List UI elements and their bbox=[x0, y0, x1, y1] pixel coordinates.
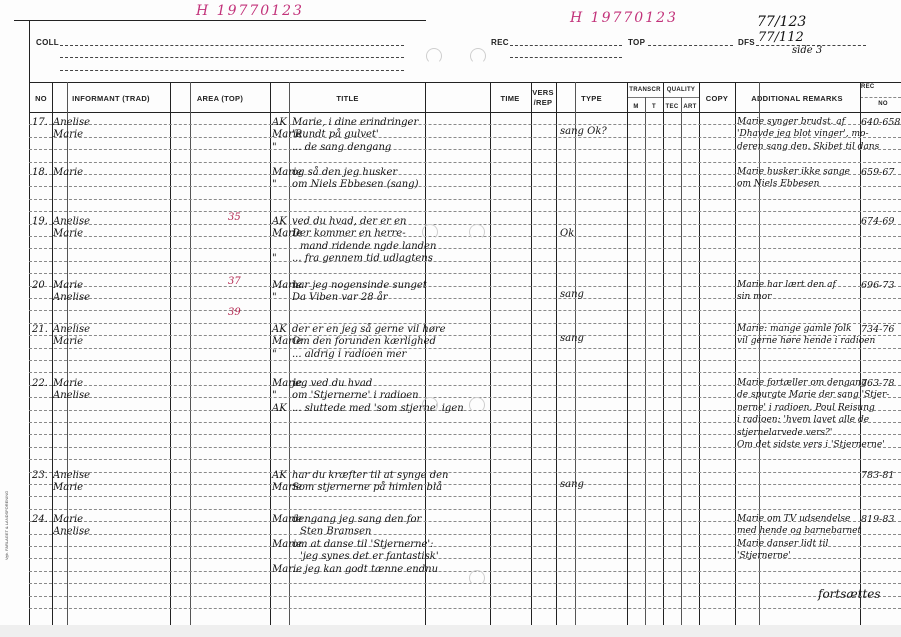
title-speaker: " bbox=[272, 179, 277, 190]
punch-hole-icon bbox=[470, 48, 486, 64]
coll-field-line-1[interactable] bbox=[60, 45, 404, 46]
col-header-rec: REC bbox=[861, 84, 881, 90]
column-ruling bbox=[556, 82, 557, 625]
column-ruling bbox=[860, 82, 861, 625]
title-text: Da Viben var 28 år bbox=[292, 292, 388, 303]
coll-field-line-3[interactable] bbox=[60, 70, 404, 71]
remark-line: i radioen: 'hvem lavet alle de bbox=[737, 415, 869, 426]
row-ruling bbox=[29, 261, 901, 262]
remark-line: Marie om TV udsendelse bbox=[737, 514, 850, 525]
title-text: ... fra gennem tid udlagtens bbox=[292, 253, 433, 264]
type-value: sang Ok? bbox=[560, 126, 607, 137]
entry-number: 24. bbox=[32, 514, 48, 525]
remark-line: nerne' i radioen. Poul Reisung bbox=[737, 403, 875, 414]
rec-field-line-2[interactable] bbox=[510, 57, 622, 58]
row-ruling bbox=[29, 199, 901, 200]
archive-stamp-left: H 19770123 bbox=[196, 3, 304, 19]
title-text: ved du hvad, der er en bbox=[292, 216, 407, 227]
remark-line: vil gerne høre hende i radioen bbox=[737, 336, 875, 347]
row-ruling bbox=[29, 583, 901, 584]
informant-name: Anelise bbox=[53, 117, 90, 128]
row-ruling bbox=[29, 459, 901, 460]
row-ruling bbox=[29, 608, 901, 609]
title-text: Der kommer en herre- bbox=[292, 228, 406, 239]
dfs-value: 77/112 bbox=[758, 30, 804, 45]
coll-field-line-2[interactable] bbox=[60, 57, 404, 58]
remark-line: Marie fortæller om dengang bbox=[737, 378, 867, 389]
title-speaker: AK bbox=[272, 403, 287, 414]
punch-hole-icon bbox=[469, 570, 485, 586]
col-header-informant: INFORMANT (TRAD) bbox=[52, 94, 170, 103]
type-value: Ok bbox=[560, 228, 574, 239]
row-ruling bbox=[29, 596, 901, 597]
rec-number: 763-78 bbox=[861, 378, 894, 389]
informant-name: Anelise bbox=[53, 470, 90, 481]
entry-number: 18. bbox=[32, 167, 48, 178]
reference-number: 77/123 bbox=[757, 14, 806, 30]
column-ruling bbox=[627, 82, 628, 625]
title-speaker: AK bbox=[272, 324, 287, 335]
column-ruling bbox=[67, 82, 68, 625]
title-text: har du kræfter til at synge den bbox=[292, 470, 448, 481]
entry-number: 23. bbox=[32, 470, 48, 481]
title-text: der er en jeg så gerne vil høre bbox=[292, 324, 446, 335]
title-text: om at danse til 'Stjernerne': bbox=[292, 539, 434, 550]
rec-number: 659-67 bbox=[861, 167, 894, 178]
informant-name: Marie bbox=[53, 228, 83, 239]
rec-label: REC bbox=[491, 38, 509, 47]
rec-number: 674-69 bbox=[861, 216, 894, 227]
title-text: Som stjernerne på himlen blå bbox=[292, 482, 442, 493]
coll-label: COLL bbox=[36, 38, 59, 47]
remark-line: Om det sidste vers i 'Stjernerne' bbox=[737, 440, 885, 451]
remark-line: 'Stjernerne' bbox=[737, 551, 791, 562]
title-text: har jeg nogensinde sunget bbox=[292, 280, 427, 291]
column-ruling bbox=[170, 82, 171, 625]
informant-name: Anelise bbox=[53, 526, 90, 537]
col-header-transcr: TRANSCR bbox=[627, 87, 663, 93]
title-text: dengang jeg sang den for bbox=[292, 514, 421, 525]
row-ruling bbox=[29, 248, 901, 249]
col-header-transcr-t: T bbox=[645, 104, 663, 110]
punch-hole-icon bbox=[426, 48, 442, 64]
top-border bbox=[14, 20, 426, 21]
col-header-area: AREA (TOP) bbox=[170, 94, 270, 103]
title-speaker: " bbox=[272, 292, 277, 303]
column-ruling bbox=[575, 82, 576, 625]
col-header-type: TYPE bbox=[556, 94, 627, 103]
title-text: Om den forunden kærlighed bbox=[292, 336, 436, 347]
col-header-quality: QUALITY bbox=[663, 87, 699, 93]
col-header-quality-tec: TEC bbox=[663, 104, 681, 110]
informant-name: Marie bbox=[53, 482, 83, 493]
title-text: 'jeg synes det er fantastisk' bbox=[300, 551, 439, 562]
column-ruling bbox=[531, 82, 532, 625]
col-header-no: NO bbox=[30, 94, 52, 103]
remark-line: sin mor bbox=[737, 292, 771, 303]
punch-hole-icon bbox=[422, 397, 438, 413]
remark-line: Marie: mange gamle folk bbox=[737, 324, 851, 335]
col-header-time: TIME bbox=[490, 94, 530, 103]
row-ruling bbox=[29, 472, 901, 473]
title-text: ... de sang dengang bbox=[292, 142, 391, 153]
title-text: om 'Stjernerne' i radioen bbox=[292, 390, 419, 401]
column-ruling bbox=[270, 82, 271, 625]
col-header-rec-no: NO bbox=[870, 101, 896, 107]
column-ruling bbox=[190, 82, 191, 625]
col-header-quality-art: ART bbox=[681, 104, 699, 110]
row-ruling bbox=[29, 484, 901, 485]
rec-field-line-1[interactable] bbox=[510, 45, 622, 46]
title-text: og så den jeg husker bbox=[292, 167, 397, 178]
top-label: TOP bbox=[628, 38, 645, 47]
title-speaker: AK bbox=[272, 216, 287, 227]
row-ruling bbox=[29, 372, 901, 373]
remark-line: Marie husker ikke sange bbox=[737, 167, 850, 178]
column-ruling bbox=[52, 82, 53, 625]
punch-hole-icon bbox=[469, 397, 485, 413]
area-counter: 37 bbox=[228, 276, 241, 287]
remark-line: om Niels Ebbesen bbox=[737, 179, 819, 190]
title-speaker: AK bbox=[272, 470, 287, 481]
rec-number: 734-76 bbox=[861, 324, 894, 335]
rec-number: 696-73 bbox=[861, 280, 894, 291]
remark-line: Marie danser lidt til bbox=[737, 539, 828, 550]
col-header-copy: COPY bbox=[699, 94, 735, 103]
rec-divider bbox=[860, 97, 901, 98]
printer-imprint: Ve̲b. FARLAGET & LANDSFORENING bbox=[4, 491, 9, 560]
punch-hole-icon bbox=[469, 224, 485, 240]
remark-line: stjernelarvede vers?' bbox=[737, 428, 832, 439]
dfs-label: DFS bbox=[738, 38, 755, 47]
remark-line: deren sang den. Skibet til dans bbox=[737, 142, 879, 153]
title-text: 'Rundt på gulvet' bbox=[292, 129, 379, 140]
informant-name: Anelise bbox=[53, 216, 90, 227]
remark-line: de spurgte Marie der sang 'Stjer- bbox=[737, 390, 889, 401]
title-speaker: " bbox=[272, 142, 277, 153]
column-ruling bbox=[735, 82, 736, 625]
signature-continued: fortsættes bbox=[818, 587, 881, 601]
row-ruling bbox=[29, 273, 901, 274]
remark-line: 'Dhavde jeg blot vinger', mo- bbox=[737, 129, 869, 140]
informant-name: Marie bbox=[53, 167, 83, 178]
informant-name: Marie bbox=[53, 129, 83, 140]
row-ruling bbox=[29, 310, 901, 311]
col-header-vers-rep: VERS /REP bbox=[531, 88, 555, 108]
row-ruling bbox=[29, 509, 901, 510]
side-note: side 3 bbox=[792, 45, 822, 56]
rec-number: 640-658 bbox=[861, 117, 900, 128]
header-top-border bbox=[29, 82, 901, 83]
remark-line: med hende og barnebarnet bbox=[737, 526, 861, 537]
archive-form-page: H 19770123 H 19770123 77/123 COLL REC TO… bbox=[0, 0, 901, 625]
remark-line: Marie har lært den af bbox=[737, 280, 836, 291]
entry-number: 19. bbox=[32, 216, 48, 227]
type-value: sang bbox=[560, 289, 584, 300]
area-counter: 35 bbox=[228, 212, 241, 223]
title-speaker: AK bbox=[272, 117, 287, 128]
entry-number: 17. bbox=[32, 117, 48, 128]
row-ruling bbox=[29, 236, 901, 237]
title-text: ... jeg kan godt tænne endnu bbox=[292, 564, 438, 575]
informant-name: Marie bbox=[53, 280, 83, 291]
entry-number: 21. bbox=[32, 324, 48, 335]
row-ruling bbox=[29, 571, 901, 572]
title-text: mand ridende ngde landen bbox=[300, 241, 436, 252]
top-field-line[interactable] bbox=[648, 45, 733, 46]
title-text: ... aldrig i radioen mer bbox=[292, 349, 406, 360]
title-text: Marie, i dine erindringer bbox=[292, 117, 418, 128]
row-ruling bbox=[29, 162, 901, 163]
title-speaker: " bbox=[272, 390, 277, 401]
informant-name: Marie bbox=[53, 514, 83, 525]
row-ruling bbox=[29, 224, 901, 225]
archive-stamp-right: H 19770123 bbox=[570, 10, 678, 26]
col-header-transcr-m: M bbox=[627, 104, 645, 110]
title-speaker: " bbox=[272, 349, 277, 360]
rec-number: 819-83 bbox=[861, 514, 894, 525]
informant-name: Marie bbox=[53, 336, 83, 347]
title-speaker: " bbox=[272, 253, 277, 264]
row-ruling bbox=[29, 348, 901, 349]
type-value: sang bbox=[560, 333, 584, 344]
col-header-remarks: ADDITIONAL REMARKS bbox=[735, 94, 859, 103]
punch-hole-icon bbox=[422, 224, 438, 240]
row-ruling bbox=[29, 211, 901, 212]
entry-number: 20 bbox=[32, 280, 45, 291]
rec-number: 783-81 bbox=[861, 470, 894, 481]
column-ruling bbox=[490, 82, 491, 625]
informant-name: Anelise bbox=[53, 324, 90, 335]
entry-number: 22. bbox=[32, 378, 48, 389]
remark-line: Marie synger brudst. af bbox=[737, 117, 845, 128]
type-value: sang bbox=[560, 479, 584, 490]
row-ruling bbox=[29, 360, 901, 361]
area-counter: 39 bbox=[228, 307, 241, 318]
column-ruling bbox=[663, 82, 664, 625]
title-text: om Niels Ebbesen (sang) bbox=[292, 179, 418, 190]
informant-name: Anelise bbox=[53, 292, 90, 303]
header-bottom-border bbox=[29, 112, 901, 113]
informant-name: Anelise bbox=[53, 390, 90, 401]
informant-name: Marie bbox=[53, 378, 83, 389]
page-edge-shadow bbox=[0, 625, 901, 637]
col-header-title: TITLE bbox=[270, 94, 425, 103]
title-text: jeg ved du hvad bbox=[292, 378, 372, 389]
title-text: Sten Bramsen bbox=[300, 526, 371, 537]
row-ruling bbox=[29, 496, 901, 497]
column-ruling bbox=[699, 82, 700, 625]
